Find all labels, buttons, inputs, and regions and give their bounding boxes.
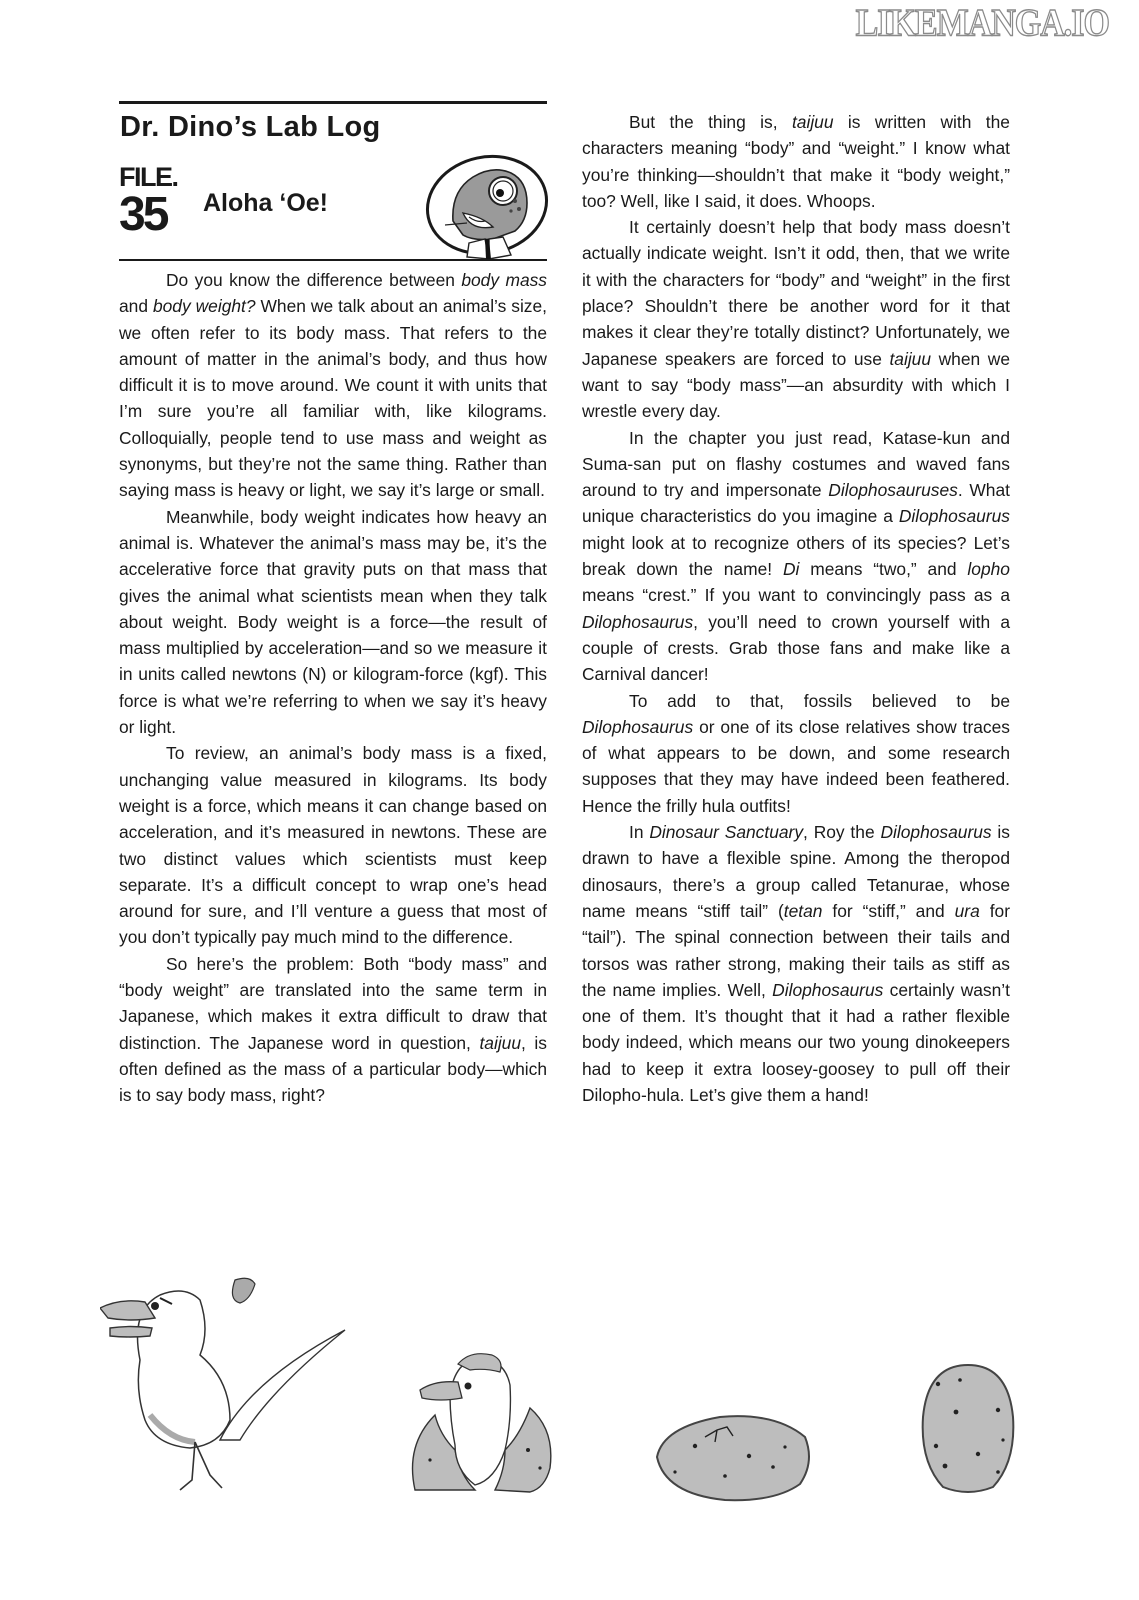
text-run: for “stiff,” and [822,901,954,921]
italic-term: taijuu [792,112,834,132]
article-paragraph: In the chapter you just read, Katase-kun… [582,425,1010,688]
text-run: In [629,822,649,842]
italic-term: Dilophosaurus [582,717,693,737]
text-run: But the thing is, [629,112,792,132]
text-run: , Roy the [803,822,880,842]
text-run: Do you know the difference between [166,270,461,290]
lab-log-header: Dr. Dino’s Lab Log FILE. 35 Aloha ‘Oe! [119,101,547,261]
site-watermark: LIKEMANGA.IO [856,2,1109,46]
article-paragraph: It certainly doesn’t help that body mass… [582,214,1010,424]
text-run: and [119,296,153,316]
text-run: When we talk about an animal’s size, we … [119,296,547,500]
juvenile-dinosaur-illustration [100,1270,350,1495]
upright-egg-illustration [918,1362,1018,1494]
italic-term: tetan [784,901,823,921]
text-run: means “crest.” If you want to con­vincin… [582,585,1010,605]
italic-term: ura [955,901,980,921]
italic-term: taijuu [889,349,931,369]
italic-term: Dilophosaurus [899,506,1010,526]
article-paragraph: But the thing is, taijuu is written with… [582,109,1010,214]
text-run: Meanwhile, body weight indicates how hea… [119,507,547,737]
text-run: It certainly doesn’t help that body mass… [582,217,1010,368]
dino-scientist-portrait-icon [423,151,551,263]
italic-term: taijuu [479,1033,521,1053]
italic-term: Dilophosauruses [828,480,958,500]
text-run: To review, an animal’s body mass is a fi… [119,743,547,947]
article-paragraph: In Dinosaur Sanctuary, Roy the Dilophosa… [582,819,1010,1108]
article-paragraph: Meanwhile, body weight indicates how hea… [119,504,547,741]
cracked-egg-illustration [655,1412,815,1502]
article-paragraph: So here’s the problem: Both “body mass” … [119,951,547,1109]
page-title: Dr. Dino’s Lab Log [120,111,381,144]
italic-term: Dinosaur Sanctuary [649,822,803,842]
text-run: To add to that, fossils believed to be [629,691,1010,711]
file-number: 35 [119,189,166,241]
file-label: FILE. [119,164,178,191]
italic-term: Dilophosaurus [582,612,693,632]
article-paragraph: To review, an animal’s body mass is a fi… [119,740,547,950]
file-title: Aloha ‘Oe! [203,189,328,218]
article-left-column: Do you know the difference between body … [119,267,547,1109]
italic-term: Dilophosaurus [772,980,883,1000]
article-right-column: But the thing is, taijuu is written with… [582,109,1010,1108]
header-bottom-rule [119,259,547,261]
hatching-dinosaur-illustration [400,1350,560,1495]
italic-term: lopho [967,559,1010,579]
header-top-rule [119,101,547,104]
article-paragraph: Do you know the difference between body … [119,267,547,504]
italic-term: Di [783,559,799,579]
italic-term: body mass [461,270,547,290]
italic-term: Dilophosaurus [880,822,991,842]
text-run: means “two,” and [799,559,967,579]
italic-term: body weight? [153,296,256,316]
article-paragraph: To add to that, fossils believed to be D… [582,688,1010,819]
